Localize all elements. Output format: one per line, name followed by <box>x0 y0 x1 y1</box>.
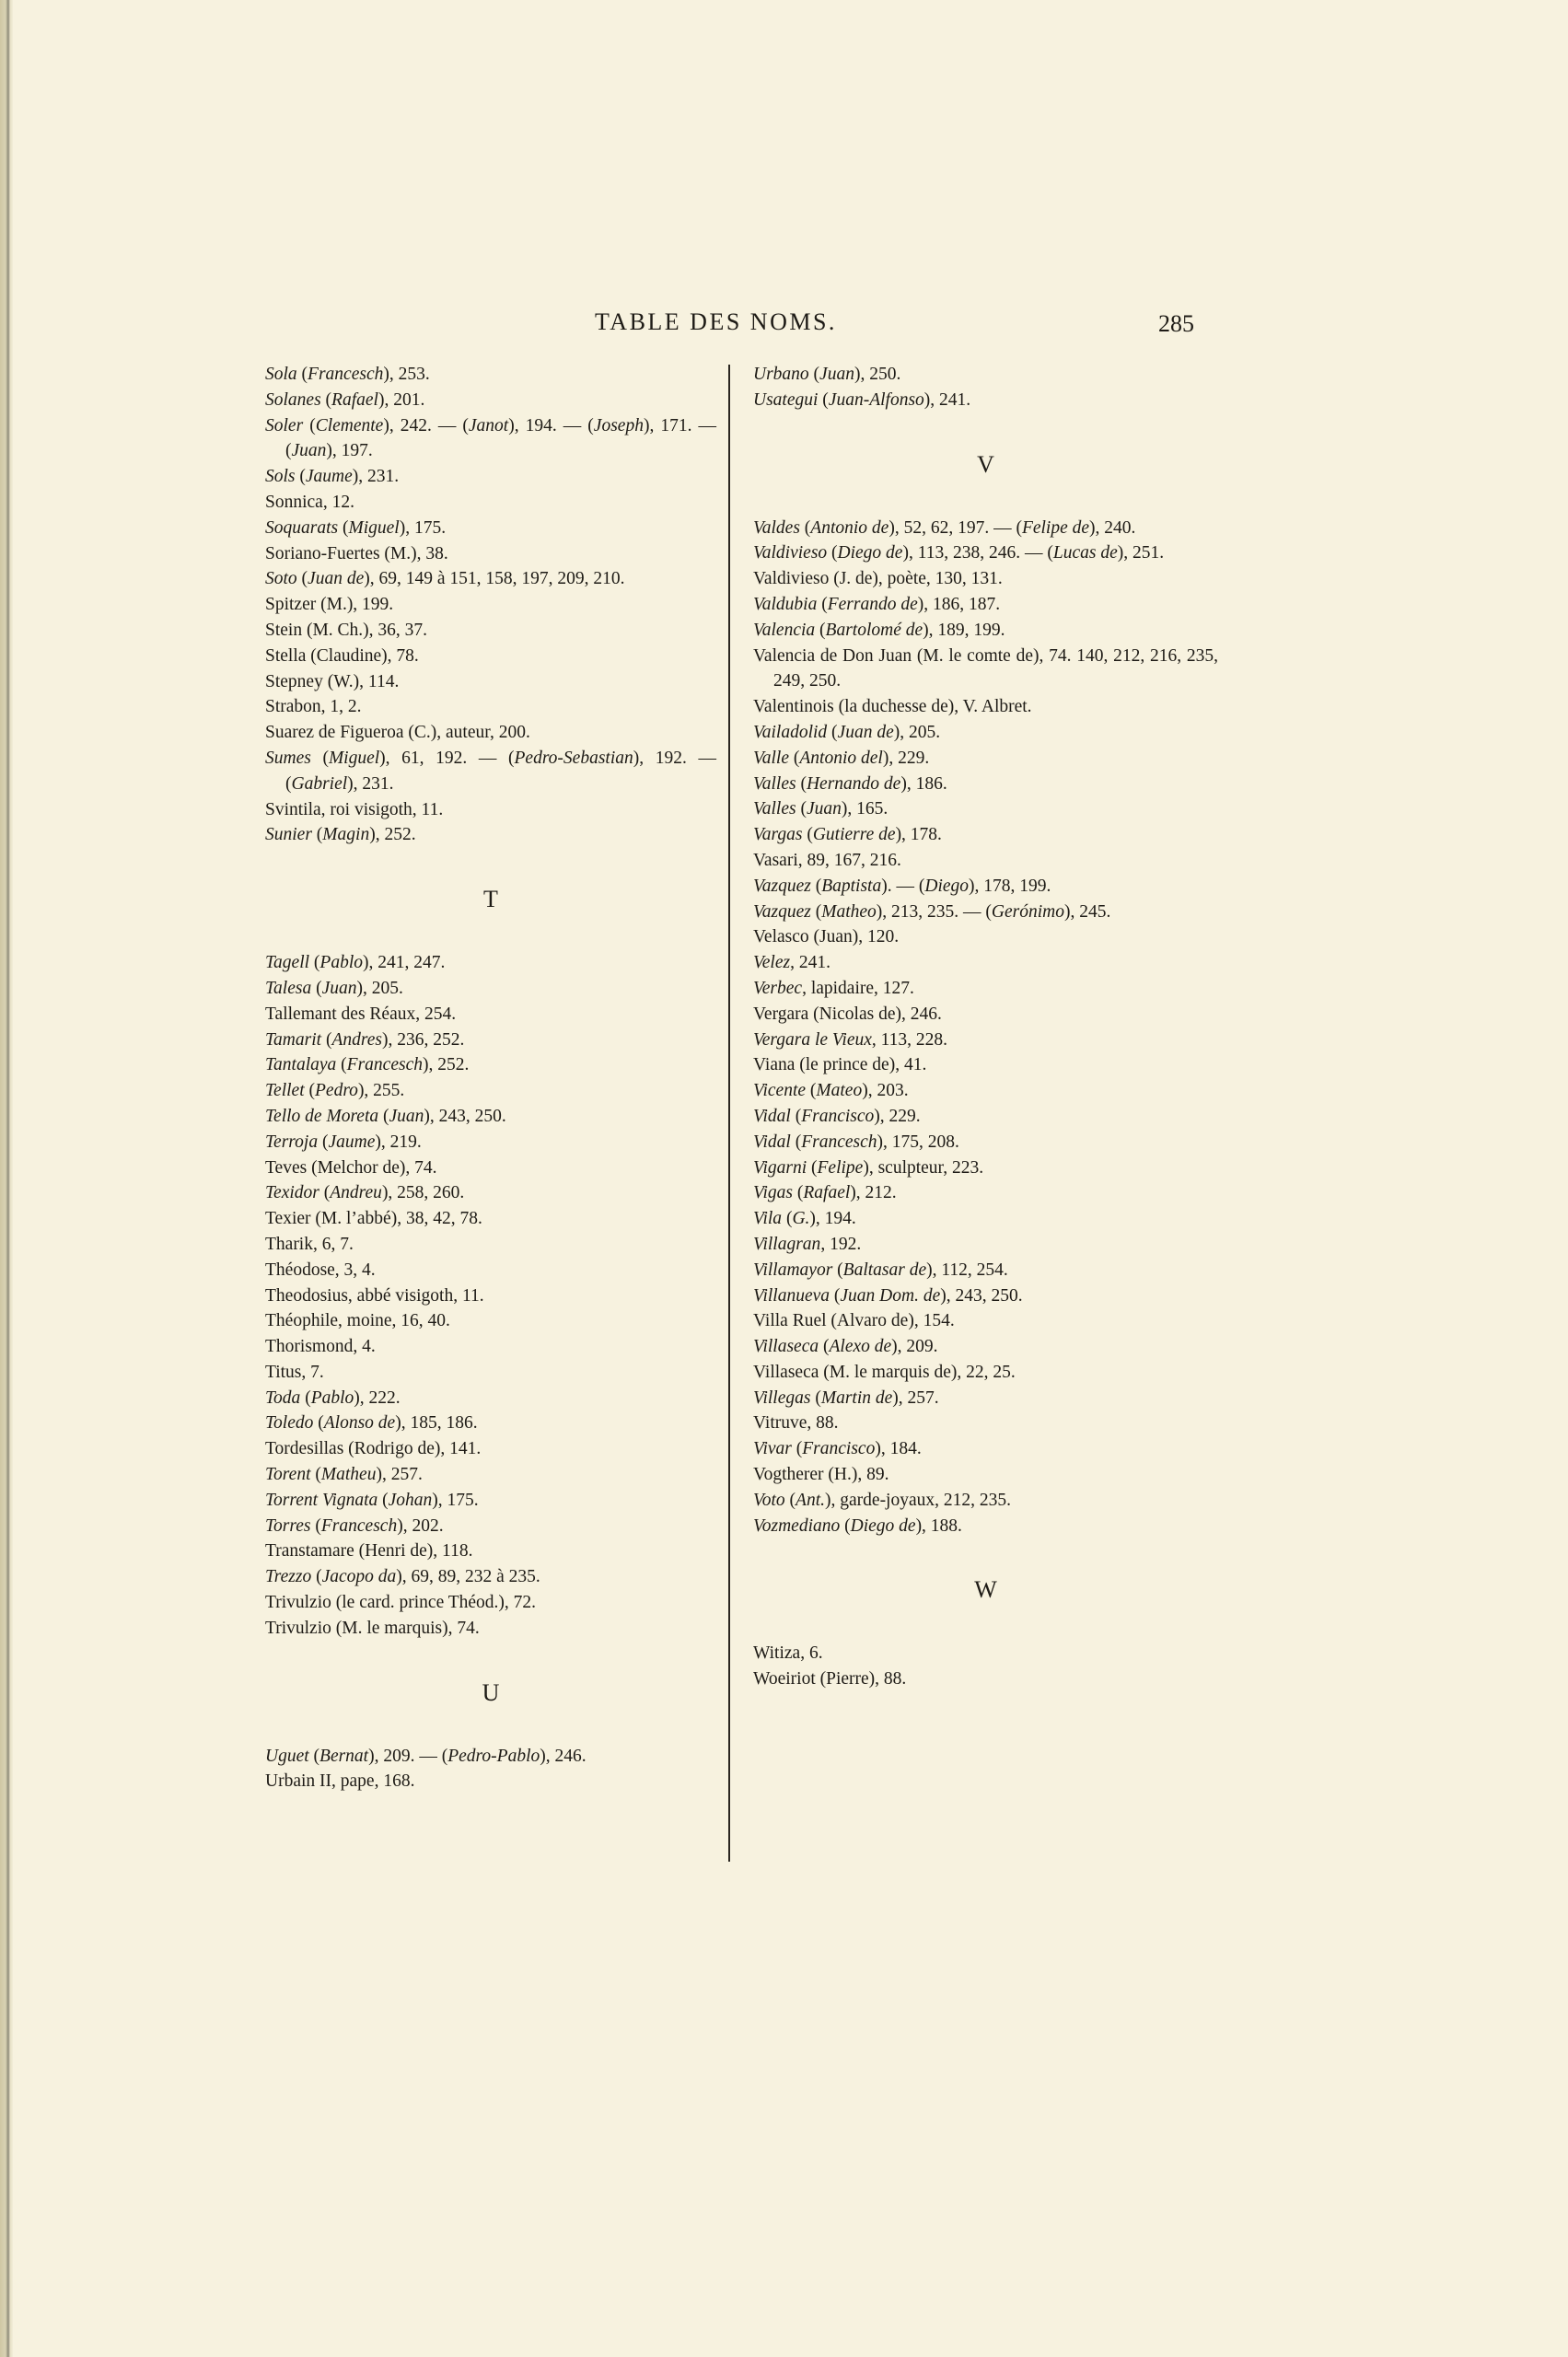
index-entry: Soto (Juan de), 69, 149 à 151, 158, 197,… <box>265 566 716 592</box>
index-entry: Vidal (Francisco), 229. <box>753 1104 1218 1130</box>
index-entry: Voto (Ant.), garde-joyaux, 212, 235. <box>753 1488 1218 1514</box>
index-entry: Vasari, 89, 167, 216. <box>753 848 1218 874</box>
index-entry: Witiza, 6. <box>753 1641 1218 1666</box>
index-entry: Valentinois (la duchesse de), V. Albret. <box>753 694 1218 720</box>
index-entry: Tallemant des Réaux, 254. <box>265 1002 716 1028</box>
index-entry: Vazquez (Baptista). — (Diego), 178, 199. <box>753 874 1218 900</box>
index-column-left: Sola (Francesch), 253.Solanes (Rafael), … <box>265 362 716 1794</box>
index-entry: Valdivieso (Diego de), 113, 238, 246. — … <box>753 540 1218 566</box>
index-entry: Verbec, lapidaire, 127. <box>753 976 1218 1002</box>
index-entry: Torres (Francesch), 202. <box>265 1514 716 1539</box>
index-entry: Vergara (Nicolas de), 246. <box>753 1002 1218 1028</box>
index-entry: Trivulzio (le card. prince Théod.), 72. <box>265 1590 716 1616</box>
index-entry: Vargas (Gutierre de), 178. <box>753 822 1218 848</box>
index-entry: Sumes (Miguel), 61, 192. — (Pedro-Sebast… <box>265 746 716 797</box>
index-entry: Vergara le Vieux, 113, 228. <box>753 1028 1218 1053</box>
index-entry: Torrent Vignata (Johan), 175. <box>265 1488 716 1514</box>
index-entry: Tamarit (Andres), 236, 252. <box>265 1028 716 1053</box>
index-entry: Transtamare (Henri de), 118. <box>265 1538 716 1564</box>
index-entry: Vogtherer (H.), 89. <box>753 1462 1218 1488</box>
running-header: TABLE DES NOMS. 285 <box>0 308 1568 345</box>
index-entry: Texidor (Andreu), 258, 260. <box>265 1180 716 1206</box>
index-entry: Vitruve, 88. <box>753 1411 1218 1436</box>
page-binding-edge <box>0 0 13 2357</box>
index-entry: Teves (Melchor de), 74. <box>265 1155 716 1181</box>
index-entry: Sonnica, 12. <box>265 490 716 516</box>
index-entry: Terroja (Jaume), 219. <box>265 1130 716 1155</box>
index-entry: Vivar (Francisco), 184. <box>753 1436 1218 1462</box>
index-entry: Sola (Francesch), 253. <box>265 362 716 388</box>
index-entry: Stein (M. Ch.), 36, 37. <box>265 618 716 644</box>
index-entry: Spitzer (M.), 199. <box>265 592 716 618</box>
index-entry: Stella (Claudine), 78. <box>265 644 716 669</box>
index-entry: Valdivieso (J. de), poète, 130, 131. <box>753 566 1218 592</box>
index-entry: Trezzo (Jacopo da), 69, 89, 232 à 235. <box>265 1564 716 1590</box>
index-entry: Théophile, moine, 16, 40. <box>265 1308 716 1334</box>
index-entry: Usategui (Juan-Alfonso), 241. <box>753 388 1218 413</box>
index-entry: Velez, 241. <box>753 950 1218 976</box>
index-entry: Villanueva (Juan Dom. de), 243, 250. <box>753 1283 1218 1309</box>
column-divider-rule <box>728 365 730 1862</box>
index-entry: Villagran, 192. <box>753 1232 1218 1258</box>
section-letter-v: V <box>753 426 1218 503</box>
index-entry: Svintila, roi visigoth, 11. <box>265 797 716 823</box>
index-entry: Sunier (Magin), 252. <box>265 822 716 848</box>
index-entry: Urbano (Juan), 250. <box>753 362 1218 388</box>
index-entry: Théodose, 3, 4. <box>265 1258 716 1283</box>
index-entry: Villegas (Martin de), 257. <box>753 1386 1218 1411</box>
index-entry: Theodosius, abbé visigoth, 11. <box>265 1283 716 1309</box>
index-entry: Urbain II, pape, 168. <box>265 1769 716 1794</box>
page-number: 285 <box>1158 310 1194 338</box>
section-letter-w: W <box>753 1551 1218 1628</box>
index-entry: Soquarats (Miguel), 175. <box>265 516 716 541</box>
index-entry: Vazquez (Matheo), 213, 235. — (Gerónimo)… <box>753 900 1218 925</box>
index-entry: Vigas (Rafael), 212. <box>753 1180 1218 1206</box>
index-entry: Tantalaya (Francesch), 252. <box>265 1052 716 1078</box>
index-entry: Villamayor (Baltasar de), 112, 254. <box>753 1258 1218 1283</box>
index-entry: Tharik, 6, 7. <box>265 1232 716 1258</box>
index-entry: Toledo (Alonso de), 185, 186. <box>265 1411 716 1436</box>
index-entry: Valdes (Antonio de), 52, 62, 197. — (Fel… <box>753 516 1218 541</box>
index-entry: Viana (le prince de), 41. <box>753 1052 1218 1078</box>
index-entry: Texier (M. l’abbé), 38, 42, 78. <box>265 1206 716 1232</box>
index-entry: Vigarni (Felipe), sculpteur, 223. <box>753 1155 1218 1181</box>
index-entry: Torent (Matheu), 257. <box>265 1462 716 1488</box>
index-entry: Vozmediano (Diego de), 188. <box>753 1514 1218 1539</box>
index-entry: Vidal (Francesch), 175, 208. <box>753 1130 1218 1155</box>
index-column-right: Urbano (Juan), 250.Usategui (Juan-Alfons… <box>753 362 1218 1692</box>
section-letter-u: U <box>265 1655 716 1731</box>
index-entry: Valencia de Don Juan (M. le comte de), 7… <box>753 644 1218 695</box>
index-entry: Suarez de Figueroa (C.), auteur, 200. <box>265 720 716 746</box>
index-entry: Tellet (Pedro), 255. <box>265 1078 716 1104</box>
index-entry: Strabon, 1, 2. <box>265 694 716 720</box>
index-entry: Solanes (Rafael), 201. <box>265 388 716 413</box>
index-entry: Vicente (Mateo), 203. <box>753 1078 1218 1104</box>
index-entry: Stepney (W.), 114. <box>265 669 716 695</box>
index-entry: Vila (G.), 194. <box>753 1206 1218 1232</box>
index-entry: Tello de Moreta (Juan), 243, 250. <box>265 1104 716 1130</box>
index-entry: Valles (Juan), 165. <box>753 796 1218 822</box>
index-entry: Villaseca (M. le marquis de), 22, 25. <box>753 1360 1218 1386</box>
index-entry: Valencia (Bartolomé de), 189, 199. <box>753 618 1218 644</box>
index-entry: Talesa (Juan), 205. <box>265 976 716 1002</box>
index-entry: Valle (Antonio del), 229. <box>753 746 1218 772</box>
index-entry: Tordesillas (Rodrigo de), 141. <box>265 1436 716 1462</box>
index-entry: Titus, 7. <box>265 1360 716 1386</box>
index-entry: Woeiriot (Pierre), 88. <box>753 1666 1218 1692</box>
index-entry: Sols (Jaume), 231. <box>265 464 716 490</box>
index-entry: Trivulzio (M. le marquis), 74. <box>265 1616 716 1642</box>
index-entry: Tagell (Pablo), 241, 247. <box>265 950 716 976</box>
index-entry: Vailadolid (Juan de), 205. <box>753 720 1218 746</box>
index-entry: Toda (Pablo), 222. <box>265 1386 716 1411</box>
index-entry: Valles (Hernando de), 186. <box>753 772 1218 797</box>
index-entry: Velasco (Juan), 120. <box>753 924 1218 950</box>
running-title: TABLE DES NOMS. <box>595 308 837 336</box>
index-entry: Villa Ruel (Alvaro de), 154. <box>753 1308 1218 1334</box>
index-entry: Uguet (Bernat), 209. — (Pedro-Pablo), 24… <box>265 1744 716 1770</box>
section-letter-t: T <box>265 861 716 937</box>
index-entry: Valdubia (Ferrando de), 186, 187. <box>753 592 1218 618</box>
index-entry: Soler (Clemente), 242. — (Janot), 194. —… <box>265 413 716 465</box>
index-entry: Villaseca (Alexo de), 209. <box>753 1334 1218 1360</box>
index-entry: Thorismond, 4. <box>265 1334 716 1360</box>
index-entry: Soriano-Fuertes (M.), 38. <box>265 541 716 567</box>
